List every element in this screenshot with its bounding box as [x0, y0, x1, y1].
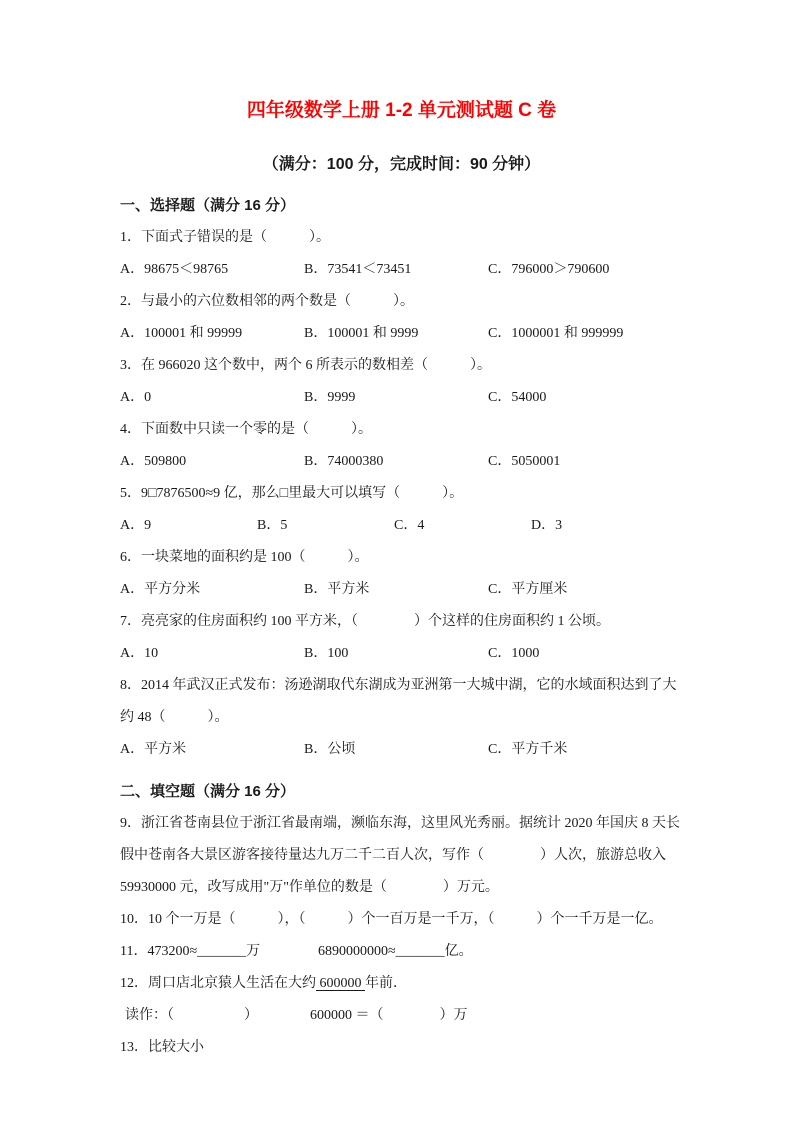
- question-11-blank-yi: 6890000000≈_______亿。: [318, 944, 473, 959]
- question-13-stem: 13．比较大小: [120, 1032, 683, 1064]
- question-8-stem-line-2: 约 48（ ）。: [120, 702, 683, 734]
- option-a: A．98675＜98765: [120, 254, 304, 286]
- option-c: C．5050001: [488, 446, 560, 478]
- page-title: 四年级数学上册 1-2 单元测试题 C 卷: [120, 96, 683, 126]
- option-b: B．平方米: [304, 574, 488, 606]
- option-b: B．73541＜73451: [304, 254, 488, 286]
- question-7-stem: 7．亮亮家的住房面积约 100 平方米，（ ）个这样的住房面积约 1 公顷。: [120, 606, 683, 638]
- question-11-stem: 11．473200≈_______万6890000000≈_______亿。: [120, 936, 683, 968]
- question-8-options: A．平方米 B．公顷 C．平方千米: [120, 734, 683, 766]
- option-a: A．0: [120, 382, 304, 414]
- question-6-stem: 6．一块菜地的面积约是 100（ ）。: [120, 542, 683, 574]
- option-c: C．平方千米: [488, 734, 567, 766]
- question-4-options: A．509800 B．74000380 C．5050001: [120, 446, 683, 478]
- option-b: B．5: [257, 510, 394, 542]
- test-paper-document: 四年级数学上册 1-2 单元测试题 C 卷 （满分：100 分，完成时间：90 …: [0, 0, 793, 1122]
- question-9-line-2: 假中苍南各大景区游客接待量达九万二千二百人次，写作（ ）人次，旅游总收入: [120, 840, 683, 872]
- option-a: A．10: [120, 638, 304, 670]
- question-12-answer-row: 读作：（ ）600000 ＝（ ）万: [120, 1000, 683, 1032]
- option-c: C．54000: [488, 382, 546, 414]
- question-2-stem: 2．与最小的六位数相邻的两个数是（ ）。: [120, 286, 683, 318]
- page-subtitle: （满分：100 分，完成时间：90 分钟）: [120, 150, 683, 180]
- question-8-stem-line-1: 8．2014 年武汉正式发布：汤逊湖取代东湖成为亚洲第一大城中湖，它的水域面积达…: [120, 670, 683, 702]
- option-b: B．100001 和 9999: [304, 318, 488, 350]
- option-b: B．9999: [304, 382, 488, 414]
- option-c: C．平方厘米: [488, 574, 567, 606]
- read-as-blank: 读作：（ ）: [125, 1000, 310, 1032]
- question-3-stem: 3．在 966020 这个数中，两个 6 所表示的数相差（ ）。: [120, 350, 683, 382]
- section-1-heading: 一、选择题（满分 16 分）: [120, 190, 683, 222]
- option-b: B．74000380: [304, 446, 488, 478]
- question-11-blank-wan: 11．473200≈_______万: [120, 936, 318, 968]
- option-a: A．100001 和 99999: [120, 318, 304, 350]
- option-c: C．1000: [488, 638, 539, 670]
- option-a: A．9: [120, 510, 257, 542]
- option-a: A．平方分米: [120, 574, 304, 606]
- question-10-stem: 10．10 个一万是（ ），（ ）个一百万是一千万，（ ）个一千万是一亿。: [120, 904, 683, 936]
- option-a: A．平方米: [120, 734, 304, 766]
- question-12-text-post: 年前．: [365, 976, 407, 991]
- question-7-options: A．10 B．100 C．1000: [120, 638, 683, 670]
- question-3-options: A．0 B．9999 C．54000: [120, 382, 683, 414]
- question-1-stem: 1．下面式子错误的是（ ）。: [120, 222, 683, 254]
- option-c: C．4: [394, 510, 531, 542]
- question-5-stem: 5．9□7876500≈9 亿，那么□里最大可以填写（ ）。: [120, 478, 683, 510]
- question-2-options: A．100001 和 99999 B．100001 和 9999 C．10000…: [120, 318, 683, 350]
- question-12-stem: 12．周口店北京猿人生活在大约 600000 年前．: [120, 968, 683, 1000]
- section-2-heading: 二、填空题（满分 16 分）: [120, 776, 683, 808]
- option-d: D．3: [531, 510, 562, 542]
- option-c: C．796000＞790600: [488, 254, 609, 286]
- question-6-options: A．平方分米 B．平方米 C．平方厘米: [120, 574, 683, 606]
- underlined-number: 600000: [316, 976, 365, 991]
- question-9-line-3: 59930000 元，改写成用"万"作单位的数是（ ）万元。: [120, 872, 683, 904]
- option-c: C．1000001 和 999999: [488, 318, 623, 350]
- option-b: B．100: [304, 638, 488, 670]
- option-b: B．公顷: [304, 734, 488, 766]
- question-5-options: A．9 B．5 C．4 D．3: [120, 510, 683, 542]
- question-12-text-pre: 12．周口店北京猿人生活在大约: [120, 976, 316, 991]
- question-4-stem: 4．下面数中只读一个零的是（ ）。: [120, 414, 683, 446]
- option-a: A．509800: [120, 446, 304, 478]
- question-9-line-1: 9．浙江省苍南县位于浙江省最南端，濒临东海，这里风光秀丽。据统计 2020 年国…: [120, 808, 683, 840]
- question-1-options: A．98675＜98765 B．73541＜73451 C．796000＞790…: [120, 254, 683, 286]
- rewrite-blank: 600000 ＝（ ）万: [310, 1008, 468, 1023]
